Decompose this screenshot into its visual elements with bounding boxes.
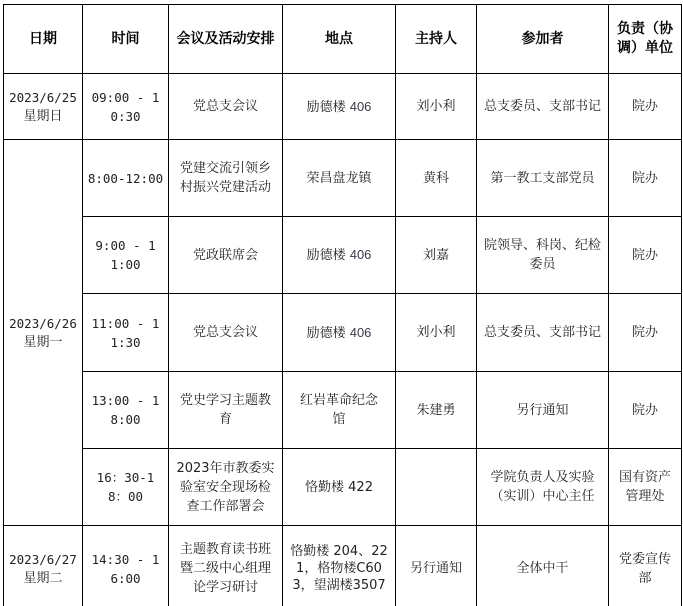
time-cell: 13:00 - 18:00: [83, 372, 169, 449]
event-cell: 党总支会议: [169, 74, 283, 140]
location-name: 红岩革命纪念馆: [297, 391, 381, 429]
event-value: 党史学习主题教育: [175, 391, 277, 429]
time-value: 9:00 - 11:00: [95, 236, 157, 274]
event-cell: 2023年市教委实验室安全现场检查工作部署会: [169, 449, 283, 526]
host-cell: 刘小利: [396, 74, 477, 140]
location-name: 励德楼: [307, 100, 346, 115]
host-cell: [396, 449, 477, 526]
date-value: 2023/6/26: [8, 314, 78, 333]
location-room: 406: [350, 247, 372, 262]
time-cell: 8:00-12:00: [83, 140, 169, 217]
event-value: 主题教育读书班暨二级中心组理论学习研讨: [175, 540, 277, 597]
date-cell: 2023/6/25 星期日: [4, 74, 83, 140]
participants-cell: 总支委员、支部书记: [477, 74, 609, 140]
event-value: 党建交流引领乡村振兴党建活动: [175, 159, 277, 197]
location-cell: 励德楼 406: [283, 217, 396, 294]
participants-value: 院领导、科岗、纪检委员: [483, 236, 603, 274]
participants-cell: 学院负责人及实验（实训）中心主任: [477, 449, 609, 526]
event-cell: 主题教育读书班暨二级中心组理论学习研讨: [169, 526, 283, 606]
time-cell: 9:00 - 11:00: [83, 217, 169, 294]
location-name: 恪勤楼 204、221，格物楼C603，望湖楼3507: [289, 543, 389, 594]
time-value: 16：30-18：00: [88, 468, 164, 506]
event-cell: 党总支会议: [169, 294, 283, 372]
host-cell: 刘嘉: [396, 217, 477, 294]
location-cell: 励德楼 406: [283, 74, 396, 140]
table-row: 13:00 - 18:00 党史学习主题教育 红岩革命纪念馆 朱建勇 另行通知 …: [4, 372, 682, 449]
header-host: 主持人: [396, 5, 477, 74]
location-name: 励德楼: [307, 248, 346, 263]
date-value: 2023/6/25: [8, 88, 78, 107]
header-participants: 参加者: [477, 5, 609, 74]
time-cell: 14:30 - 16:00: [83, 526, 169, 606]
table-row: 9:00 - 11:00 党政联席会 励德楼 406 刘嘉 院领导、科岗、纪检委…: [4, 217, 682, 294]
host-cell: 刘小利: [396, 294, 477, 372]
unit-cell: 院办: [609, 217, 682, 294]
unit-cell: 党委宣传部: [609, 526, 682, 606]
unit-value: 党委宣传部: [613, 550, 677, 588]
table-row: 11:00 - 11:30 党总支会议 励德楼 406 刘小利 总支委员、支部书…: [4, 294, 682, 372]
location-name: 励德楼: [307, 326, 346, 341]
participants-cell: 总支委员、支部书记: [477, 294, 609, 372]
time-value: 11:00 - 11:30: [91, 314, 161, 352]
participants-cell: 另行通知: [477, 372, 609, 449]
table-row: 2023/6/26 星期一 8:00-12:00 党建交流引领乡村振兴党建活动 …: [4, 140, 682, 217]
participants-value: 学院负责人及实验（实训）中心主任: [483, 468, 603, 506]
unit-cell: 院办: [609, 294, 682, 372]
header-event: 会议及活动安排: [169, 5, 283, 74]
header-unit-label: 负责（协调）单位: [613, 20, 677, 58]
location-room: 406: [350, 325, 372, 340]
event-cell: 党政联席会: [169, 217, 283, 294]
meeting-schedule-table: 日期 时间 会议及活动安排 地点 主持人 参加者 负责（协调）单位 2023/6…: [3, 4, 682, 606]
unit-cell: 院办: [609, 140, 682, 217]
time-cell: 16：30-18：00: [83, 449, 169, 526]
header-row: 日期 时间 会议及活动安排 地点 主持人 参加者 负责（协调）单位: [4, 5, 682, 74]
event-cell: 党建交流引领乡村振兴党建活动: [169, 140, 283, 217]
event-cell: 党史学习主题教育: [169, 372, 283, 449]
header-time: 时间: [83, 5, 169, 74]
host-cell: 朱建勇: [396, 372, 477, 449]
participants-cell: 第一教工支部党员: [477, 140, 609, 217]
location-cell: 红岩革命纪念馆: [283, 372, 396, 449]
unit-cell: 院办: [609, 372, 682, 449]
weekday-value: 星期二: [8, 569, 78, 588]
header-date: 日期: [4, 5, 83, 74]
host-cell: 黄科: [396, 140, 477, 217]
table-row: 2023/6/25 星期日 09:00 - 10:30 党总支会议 励德楼 40…: [4, 74, 682, 140]
participants-cell: 全体中干: [477, 526, 609, 606]
participants-cell: 院领导、科岗、纪检委员: [477, 217, 609, 294]
table-row: 2023/6/27 星期二 14:30 - 16:00 主题教育读书班暨二级中心…: [4, 526, 682, 606]
unit-value: 国有资产管理处: [613, 468, 677, 506]
time-cell: 11:00 - 11:30: [83, 294, 169, 372]
table-row: 16：30-18：00 2023年市教委实验室安全现场检查工作部署会 恪勤楼 4…: [4, 449, 682, 526]
location-cell: 恪勤楼 422: [283, 449, 396, 526]
time-cell: 09:00 - 10:30: [83, 74, 169, 140]
header-unit: 负责（协调）单位: [609, 5, 682, 74]
header-location: 地点: [283, 5, 396, 74]
date-cell: 2023/6/26 星期一: [4, 140, 83, 526]
unit-cell: 院办: [609, 74, 682, 140]
weekday-value: 星期一: [8, 333, 78, 352]
time-value: 14:30 - 16:00: [91, 550, 161, 588]
unit-cell: 国有资产管理处: [609, 449, 682, 526]
date-cell: 2023/6/27 星期二: [4, 526, 83, 606]
location-cell: 恪勤楼 204、221，格物楼C603，望湖楼3507: [283, 526, 396, 606]
time-value: 13:00 - 18:00: [91, 391, 161, 429]
date-value: 2023/6/27: [8, 550, 78, 569]
location-cell: 荣昌盘龙镇: [283, 140, 396, 217]
location-room: 406: [350, 99, 372, 114]
host-cell: 另行通知: [396, 526, 477, 606]
location-cell: 励德楼 406: [283, 294, 396, 372]
time-value: 09:00 - 10:30: [91, 88, 161, 126]
weekday-value: 星期日: [8, 107, 78, 126]
event-value: 2023年市教委实验室安全现场检查工作部署会: [175, 459, 277, 516]
